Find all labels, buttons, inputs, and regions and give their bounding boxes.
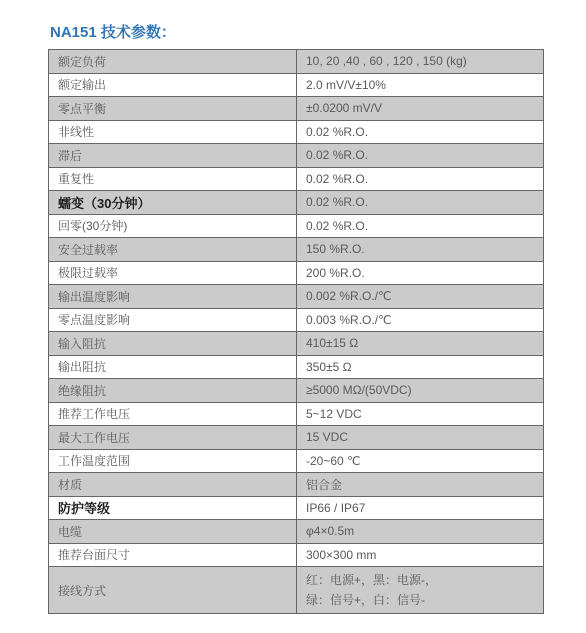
spec-table-body: 额定负荷10, 20 ,40 , 60 , 120 , 150 (kg)额定输出… (49, 50, 544, 614)
spec-value-line: 红：电源+，黑：电源-， (306, 570, 537, 590)
spec-label-cell: 材质 (49, 473, 297, 497)
spec-value-cell: -20~60 ℃ (297, 449, 544, 473)
spec-label-cell: 额定负荷 (49, 50, 297, 74)
spec-label-cell: 绝缘阻抗 (49, 379, 297, 403)
table-row: 最大工作电压15 VDC (49, 426, 544, 450)
spec-value-cell: 0.02 %R.O. (297, 167, 544, 191)
spec-label-cell: 滞后 (49, 144, 297, 168)
spec-value-cell: 410±15 Ω (297, 332, 544, 356)
spec-value-cell: 200 %R.O. (297, 261, 544, 285)
table-row: 接线方式红：电源+，黑：电源-，绿：信号+，白：信号- (49, 567, 544, 614)
table-row: 安全过载率150 %R.O. (49, 238, 544, 262)
spec-label-cell: 最大工作电压 (49, 426, 297, 450)
table-row: 电缆φ4×0.5m (49, 520, 544, 544)
spec-value-line: 绿：信号+，白：信号- (306, 590, 537, 610)
table-row: 推荐工作电压5~12 VDC (49, 402, 544, 426)
table-row: 滞后0.02 %R.O. (49, 144, 544, 168)
table-row: 非线性0.02 %R.O. (49, 120, 544, 144)
page: NA151 技术参数： 额定负荷10, 20 ,40 , 60 , 120 , … (0, 21, 586, 614)
spec-label-cell: 额定输出 (49, 73, 297, 97)
table-row: 输出阻抗350±5 Ω (49, 355, 544, 379)
spec-label-cell: 重复性 (49, 167, 297, 191)
spec-value-cell: 10, 20 ,40 , 60 , 120 , 150 (kg) (297, 50, 544, 74)
spec-label-cell: 电缆 (49, 520, 297, 544)
table-row: 零点温度影响0.003 %R.O./℃ (49, 308, 544, 332)
spec-label-cell: 极限过载率 (49, 261, 297, 285)
table-row: 零点平衡±0.0200 mV/V (49, 97, 544, 121)
spec-value-cell: 0.02 %R.O. (297, 191, 544, 215)
table-row: 重复性0.02 %R.O. (49, 167, 544, 191)
spec-value-cell: 5~12 VDC (297, 402, 544, 426)
table-row: 输出温度影响0.002 %R.O./℃ (49, 285, 544, 309)
spec-label-cell: 回零(30分钟) (49, 214, 297, 238)
spec-label-cell: 零点温度影响 (49, 308, 297, 332)
spec-value-cell: ±0.0200 mV/V (297, 97, 544, 121)
spec-value-cell: φ4×0.5m (297, 520, 544, 544)
spec-value-cell: IP66 / IP67 (297, 496, 544, 520)
spec-label-cell: 推荐台面尺寸 (49, 543, 297, 567)
spec-value-cell: 铝合金 (297, 473, 544, 497)
spec-label-cell: 输入阻抗 (49, 332, 297, 356)
table-row: 额定负荷10, 20 ,40 , 60 , 120 , 150 (kg) (49, 50, 544, 74)
table-row: 额定输出2.0 mV/V±10% (49, 73, 544, 97)
spec-value-cell: 0.02 %R.O. (297, 214, 544, 238)
spec-label-cell: 防护等级 (49, 496, 297, 520)
table-row: 推荐台面尺寸300×300 mm (49, 543, 544, 567)
spec-value-cell: 红：电源+，黑：电源-，绿：信号+，白：信号- (297, 567, 544, 614)
spec-label-cell: 工作温度范围 (49, 449, 297, 473)
spec-value-cell: 0.02 %R.O. (297, 144, 544, 168)
spec-label-cell: 输出温度影响 (49, 285, 297, 309)
table-row: 工作温度范围-20~60 ℃ (49, 449, 544, 473)
spec-value-cell: 15 VDC (297, 426, 544, 450)
spec-value-cell: 350±5 Ω (297, 355, 544, 379)
spec-value-cell: 0.003 %R.O./℃ (297, 308, 544, 332)
spec-label-cell: 非线性 (49, 120, 297, 144)
table-row: 绝缘阻抗≥5000 MΩ/(50VDC) (49, 379, 544, 403)
table-row: 蠕变（30分钟）0.02 %R.O. (49, 191, 544, 215)
spec-label-cell: 安全过载率 (49, 238, 297, 262)
page-title: NA151 技术参数： (50, 21, 586, 42)
spec-label-cell: 输出阻抗 (49, 355, 297, 379)
spec-value-cell: 2.0 mV/V±10% (297, 73, 544, 97)
spec-value-cell: 0.002 %R.O./℃ (297, 285, 544, 309)
spec-table: 额定负荷10, 20 ,40 , 60 , 120 , 150 (kg)额定输出… (48, 49, 544, 614)
spec-label-cell: 接线方式 (49, 567, 297, 614)
table-row: 防护等级IP66 / IP67 (49, 496, 544, 520)
table-row: 极限过载率200 %R.O. (49, 261, 544, 285)
spec-value-cell: ≥5000 MΩ/(50VDC) (297, 379, 544, 403)
spec-value-cell: 150 %R.O. (297, 238, 544, 262)
spec-label-cell: 推荐工作电压 (49, 402, 297, 426)
spec-value-cell: 0.02 %R.O. (297, 120, 544, 144)
spec-label-cell: 蠕变（30分钟） (49, 191, 297, 215)
table-row: 输入阻抗410±15 Ω (49, 332, 544, 356)
spec-label-cell: 零点平衡 (49, 97, 297, 121)
table-row: 材质铝合金 (49, 473, 544, 497)
spec-value-cell: 300×300 mm (297, 543, 544, 567)
table-row: 回零(30分钟)0.02 %R.O. (49, 214, 544, 238)
